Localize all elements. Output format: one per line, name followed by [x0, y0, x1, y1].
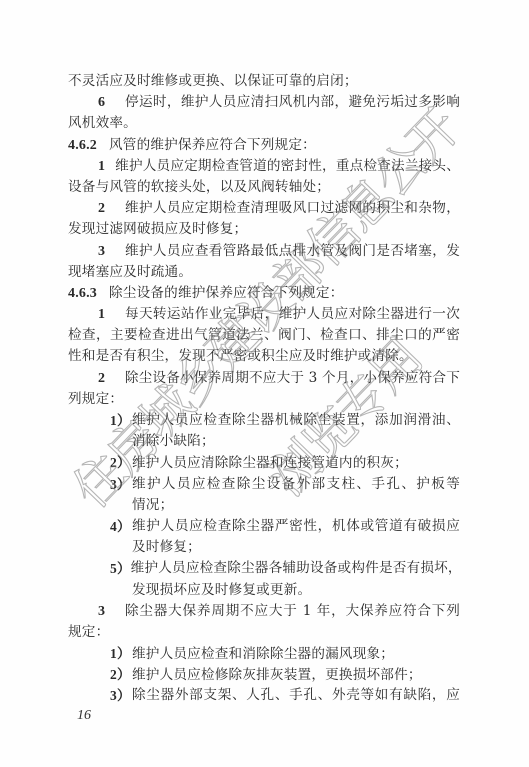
- sub-item-continuation: 发现损坏应及时修复或更新。: [68, 580, 460, 601]
- line-text: 发现过滤网破损应及时修复；: [68, 221, 247, 237]
- document-page: 不灵活应及时维修或更换、以保证可靠的启闭； 6 停运时，维护人员应清扫风机内部，…: [0, 0, 529, 767]
- paragraph-line: 不灵活应及时维修或更换、以保证可靠的启闭；: [68, 71, 460, 92]
- sub-item-marker: 3）: [110, 474, 132, 495]
- section-title: 风管的维护保养应符合下列规定：: [109, 137, 316, 153]
- sub-item-marker: 2）: [110, 452, 132, 473]
- line-text: 规定：: [68, 624, 109, 640]
- sub-item-marker: 3）: [110, 685, 132, 706]
- paragraph-line: 规定：: [68, 622, 460, 643]
- item-number: 3: [98, 601, 125, 622]
- item-number: 2: [98, 198, 125, 219]
- line-text: 维护人员应查看管路最低点排水管及阀门是否堵塞，发: [125, 241, 460, 262]
- sub-item-4: 4） 维护人员应检查除尘器严密性，机体或管道有破损应: [68, 516, 460, 537]
- line-text: 维护人员应检查除尘器严密性，机体或管道有破损应: [132, 516, 460, 537]
- sub-item-continuation: 及时修复；: [68, 537, 460, 558]
- line-text: 停运时，维护人员应清扫风机内部，避免污垢过多影响: [125, 92, 460, 113]
- sub-item-2: 2）维护人员应清除除尘器和连接管道内的积灰；: [68, 452, 460, 473]
- paragraph-line: 列规定：: [68, 389, 460, 410]
- sub-item-marker: 4）: [110, 516, 132, 537]
- item-number: 2: [98, 368, 125, 389]
- section-number: 4.6.2: [68, 135, 109, 156]
- sub-item-1: 1）维护人员应检查和消除除尘器的漏风现象；: [68, 643, 460, 664]
- item-number: 3: [98, 241, 125, 262]
- list-item-3: 3 维护人员应查看管路最低点排水管及阀门是否堵塞，发: [68, 241, 460, 262]
- line-text: 维护人员应检查除尘器机械除尘装置，添加润滑油、: [132, 410, 460, 431]
- line-text: 检查，主要检查进出气管道法兰、阀门、检查口、排尘口的严密: [68, 327, 460, 343]
- line-text: 性和是否有积尘，发现不严密或积尘应及时维护或清除。: [68, 348, 413, 364]
- paragraph-line: 风机效率。: [68, 113, 460, 134]
- sub-item-5: 5） 维护人员应检查除尘器各辅助设备或构件是否有损坏，: [68, 558, 460, 579]
- page-number: 16: [77, 708, 91, 724]
- list-item-1: 1 每天转运站作业完毕后，维护人员应对除尘器进行一次: [68, 304, 460, 325]
- sub-item-continuation: 情况；: [68, 495, 460, 516]
- line-text: 维护人员应清除除尘器和连接管道内的积灰；: [132, 455, 408, 471]
- line-text: 维护人员应检查除尘设备外部支柱、手孔、护板等: [132, 474, 460, 495]
- paragraph-line: 性和是否有积尘，发现不严密或积尘应及时维护或清除。: [68, 346, 460, 367]
- item-number: 6: [98, 92, 125, 113]
- line-text: 维护人员应检查除尘器各辅助设备或构件是否有损坏，: [131, 558, 462, 579]
- line-text: 维护人员应检查和消除除尘器的漏风现象；: [132, 646, 394, 662]
- sub-item-marker: 2）: [110, 664, 132, 685]
- item-number: 1: [98, 156, 115, 177]
- line-text: 除尘器外部支架、人孔、手孔、外壳等如有缺陷，应: [132, 685, 460, 706]
- section-number: 4.6.3: [68, 283, 109, 304]
- sub-item-marker: 1）: [110, 643, 132, 664]
- paragraph-line: 现堵塞应及时疏通。: [68, 262, 460, 283]
- list-item-2: 2 除尘设备小保养周期不应大于 3 个月，小保养应符合下: [68, 368, 460, 389]
- line-text: 列规定：: [68, 391, 123, 407]
- sub-item-marker: 5）: [110, 558, 131, 579]
- line-text: 不灵活应及时维修或更换、以保证可靠的启闭；: [68, 73, 358, 89]
- section-heading-4-6-3: 4.6.3除尘设备的维护保养应符合下列规定：: [68, 283, 460, 304]
- line-text: 情况；: [132, 497, 173, 513]
- sub-item-marker: 1）: [110, 410, 132, 431]
- sub-item-continuation: 消除小缺陷；: [68, 431, 460, 452]
- section-heading-4-6-2: 4.6.2风管的维护保养应符合下列规定：: [68, 135, 460, 156]
- list-item-2: 2 维护人员应定期检查清理吸风口过滤网的积尘和杂物，: [68, 198, 460, 219]
- sub-item-1: 1） 维护人员应检查除尘器机械除尘装置，添加润滑油、: [68, 410, 460, 431]
- page-body: 不灵活应及时维修或更换、以保证可靠的启闭； 6 停运时，维护人员应清扫风机内部，…: [68, 71, 460, 707]
- line-text: 发现损坏应及时修复或更新。: [132, 582, 311, 598]
- item-number: 1: [98, 304, 125, 325]
- line-text: 维护人员应检修除灰排灰装置，更换损坏部件；: [132, 667, 422, 683]
- line-text: 维护人员应定期检查清理吸风口过滤网的积尘和杂物，: [125, 198, 460, 219]
- line-text: 设备与风管的软接头处，以及风阀转轴处；: [68, 179, 330, 195]
- paragraph-line: 设备与风管的软接头处，以及风阀转轴处；: [68, 177, 460, 198]
- line-text: 及时修复；: [132, 539, 201, 555]
- list-item-6: 6 停运时，维护人员应清扫风机内部，避免污垢过多影响: [68, 92, 460, 113]
- list-item-1: 1 维护人员应定期检查管道的密封性，重点检查法兰接头、: [68, 156, 460, 177]
- section-title: 除尘设备的维护保养应符合下列规定：: [109, 285, 344, 301]
- line-text: 现堵塞应及时疏通。: [68, 264, 192, 280]
- line-text: 每天转运站作业完毕后，维护人员应对除尘器进行一次: [125, 304, 460, 325]
- sub-item-3: 3） 除尘器外部支架、人孔、手孔、外壳等如有缺陷，应: [68, 685, 460, 706]
- line-text: 风机效率。: [68, 115, 137, 131]
- list-item-3: 3 除尘器大保养周期不应大于 1 年，大保养应符合下列: [68, 601, 460, 622]
- line-text: 维护人员应定期检查管道的密封性，重点检查法兰接头、: [115, 156, 460, 177]
- line-text: 除尘设备小保养周期不应大于 3 个月，小保养应符合下: [125, 368, 460, 389]
- line-text: 除尘器大保养周期不应大于 1 年，大保养应符合下列: [125, 601, 460, 622]
- paragraph-line: 发现过滤网破损应及时修复；: [68, 219, 460, 240]
- line-text: 消除小缺陷；: [132, 433, 215, 449]
- sub-item-3: 3） 维护人员应检查除尘设备外部支柱、手孔、护板等: [68, 474, 460, 495]
- sub-item-2: 2）维护人员应检修除灰排灰装置，更换损坏部件；: [68, 664, 460, 685]
- paragraph-line: 检查，主要检查进出气管道法兰、阀门、检查口、排尘口的严密: [68, 325, 460, 346]
